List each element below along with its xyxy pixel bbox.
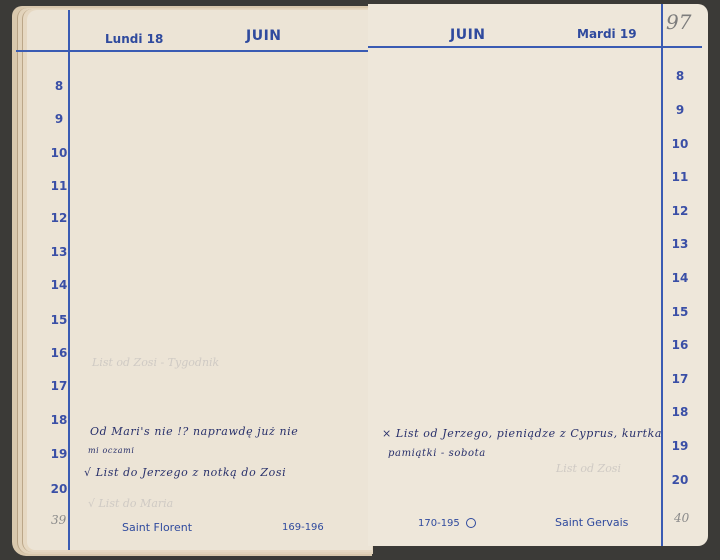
day-of-year-left: 169-196 [282, 522, 324, 533]
hour-label: 16 [668, 338, 692, 352]
header-rule-right [368, 46, 702, 48]
handwritten-page-number: 97 [666, 10, 691, 34]
hour-label: 15 [47, 313, 71, 327]
saint-of-day-right: Saint Gervais [555, 516, 628, 529]
ghost-handwriting: List od Zosi - Tygodnik [92, 356, 219, 369]
handwritten-note: Od Mari's nie !? naprawdę już nie [90, 425, 298, 438]
hour-label: 11 [668, 170, 692, 184]
saint-of-day-left: Saint Florent [122, 521, 192, 534]
ghost-handwriting: √ List do Maria [88, 497, 173, 510]
handwritten-note: × List od Jerzego, pieniądze z Cyprus, k… [382, 427, 662, 440]
hour-label: 15 [668, 305, 692, 319]
hour-label: 14 [47, 278, 71, 292]
full-moon-icon [466, 518, 476, 528]
page-number-right: 40 [674, 511, 689, 525]
hour-label: 18 [668, 405, 692, 419]
hour-label: 11 [47, 179, 71, 193]
hour-label: 18 [47, 413, 71, 427]
hour-label: 13 [668, 237, 692, 251]
day-label-right: Mardi 19 [577, 27, 637, 41]
hour-label: 10 [47, 146, 71, 160]
hour-label: 20 [47, 482, 71, 496]
month-label-left: JUIN [246, 28, 282, 44]
day-label-left: Lundi 18 [105, 32, 163, 46]
hour-margin-rule-right [661, 4, 663, 546]
hour-label: 16 [47, 346, 71, 360]
hour-label: 17 [47, 379, 71, 393]
ghost-handwriting: List od Zosi [556, 462, 621, 475]
hour-label: 17 [668, 372, 692, 386]
hour-label: 9 [668, 103, 692, 117]
hour-label: 14 [668, 271, 692, 285]
hour-label: 10 [668, 137, 692, 151]
month-label-right: JUIN [450, 27, 486, 43]
hour-label: 12 [47, 211, 71, 225]
handwritten-note: mi oczami [88, 446, 135, 455]
day-of-year-right: 170-195 [418, 518, 476, 529]
handwritten-note: pamiątki - sobota [388, 448, 486, 459]
hour-label: 13 [47, 245, 71, 259]
hour-label: 12 [668, 204, 692, 218]
hour-label: 8 [47, 79, 71, 93]
hour-label: 19 [47, 447, 71, 461]
right-page [368, 4, 708, 546]
page-number-left: 39 [51, 513, 66, 527]
hour-label: 20 [668, 473, 692, 487]
hour-label: 9 [47, 112, 71, 126]
handwritten-note: √ List do Jerzego z notką do Zosi [84, 466, 286, 479]
hour-label: 19 [668, 439, 692, 453]
hour-label: 8 [668, 69, 692, 83]
